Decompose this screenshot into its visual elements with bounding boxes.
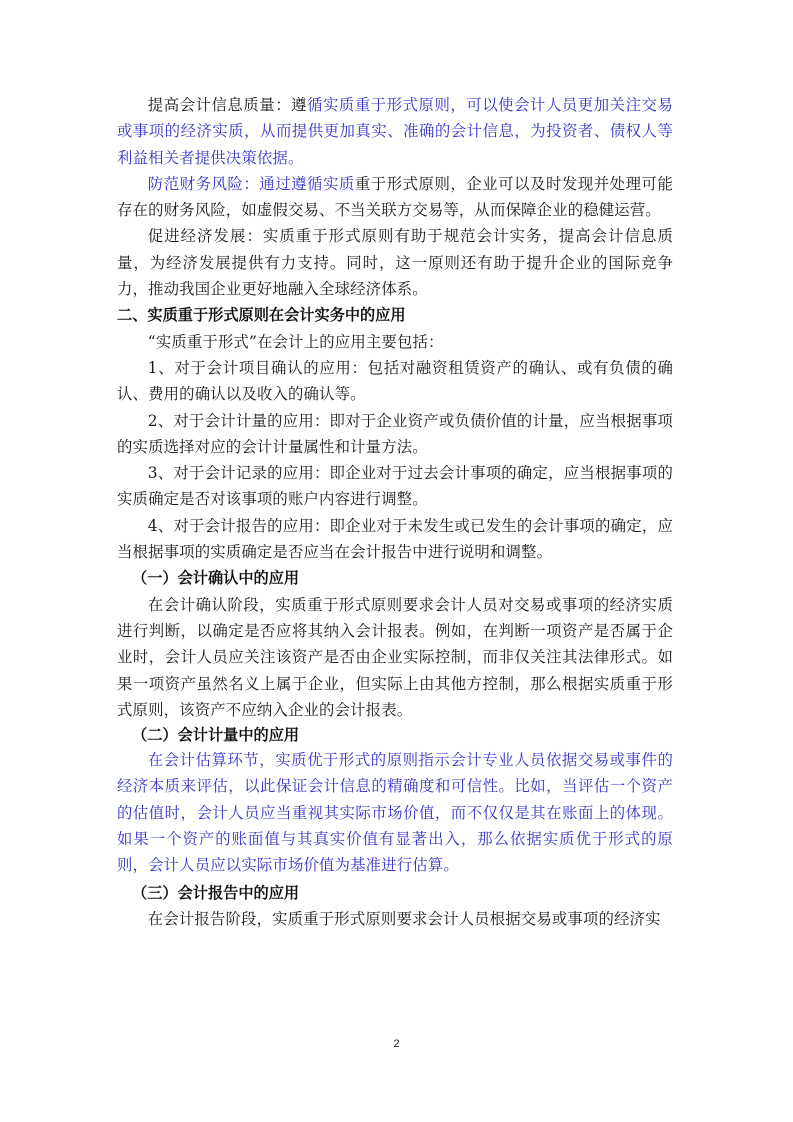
paragraph-economic-development: 促进经济发展：实质重于形式原则有助于规范会计实务，提高会计信息质量，为经济发展提… <box>117 223 673 302</box>
section-heading: 二、实质重于形式原则在会计实务中的应用 <box>117 302 673 328</box>
subsection-heading-measurement: （二）会计计量中的应用 <box>117 723 673 747</box>
document-body: 提高会计信息质量：遵循实质重于形式原则，可以使会计人员更加关注交易或事项的经济实… <box>117 92 673 932</box>
subsection-body-measurement: 在会计估算环节，实质优于形式的原则指示会计专业人员依据交易或事件的经济本质来评估… <box>117 747 673 878</box>
section-intro: “实质重于形式”在会计上的应用主要包括： <box>117 329 673 355</box>
subsection-body-reporting: 在会计报告阶段，实质重于形式原则要求会计人员根据交易或事项的经济实 <box>117 906 673 932</box>
subsection-heading-reporting: （三）会计报告中的应用 <box>117 880 673 906</box>
list-item-measurement: 2、对于会计计量的应用：即对于企业资产或负债价值的计量，应当根据事项的实质选择对… <box>117 408 673 461</box>
subsection-heading-recognition: （一）会计确认中的应用 <box>117 565 673 591</box>
paragraph-info-quality: 提高会计信息质量：遵循实质重于形式原则，可以使会计人员更加关注交易或事项的经济实… <box>117 92 673 171</box>
paragraph-text: 提高会计信息质量：遵 <box>148 96 307 114</box>
list-item-reporting: 4、对于会计报告的应用：即企业对于未发生或已发生的会计事项的确定，应当根据事项的… <box>117 513 673 566</box>
subsection-body-recognition: 在会计确认阶段，实质重于形式原则要求会计人员对交易或事项的经济实质进行判断，以确… <box>117 592 673 723</box>
list-item-recording: 3、对于会计记录的应用：即企业对于过去会计事项的确定，应当根据事项的实质确定是否… <box>117 460 673 513</box>
highlighted-text: 防范财务风险：通过遵循实质 <box>148 175 355 193</box>
page-number: 2 <box>0 1038 793 1050</box>
document-page: 提高会计信息质量：遵循实质重于形式原则，可以使会计人员更加关注交易或事项的经济实… <box>0 0 793 1122</box>
paragraph-risk-prevention: 防范财务风险：通过遵循实质重于形式原则，企业可以及时发现并处理可能存在的财务风险… <box>117 171 673 224</box>
list-item-recognition: 1、对于会计项目确认的应用：包括对融资租赁资产的确认、或有负债的确认、费用的确认… <box>117 355 673 408</box>
